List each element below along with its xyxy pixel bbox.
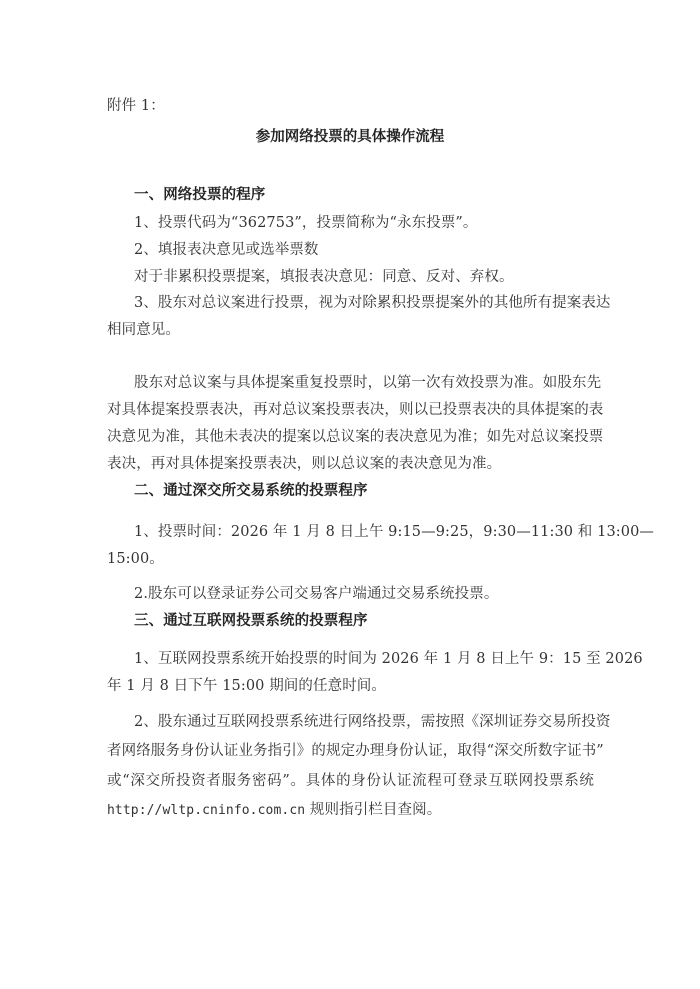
paragraph-line: 15:00。	[107, 550, 594, 568]
paragraph-line: 3、股东对总议案进行投票，视为对除累积投票提案外的其他所有提案表达	[134, 294, 594, 312]
paragraph-line: 2、股东通过互联网投票系统进行网络投票，需按照《深圳证券交易所投资	[134, 713, 594, 731]
document-title: 参加网络投票的具体操作流程	[0, 128, 700, 146]
url-suffix-text: 规则指引栏目查阅。	[310, 802, 441, 818]
paragraph-line: 者网络服务身份认证业务指引》的规定办理身份认证，取得“深交所数字证书”	[107, 742, 594, 760]
paragraph-line: 对于非累积投票提案，填报表决意见：同意、反对、弃权。	[134, 268, 594, 286]
attachment-label: 附件 1：	[107, 97, 594, 115]
paragraph-line: 2、填报表决意见或选举票数	[134, 241, 594, 259]
paragraph-line: 1、互联网投票系统开始投票的时间为 2026 年 1 月 8 日上午 9：15 …	[134, 650, 594, 668]
paragraph-line: 1、投票代码为“362753”，投票简称为“永东投票”。	[134, 214, 594, 232]
paragraph-line: 年 1 月 8 日下午 15:00 期间的任意时间。	[107, 677, 594, 695]
document-page: 附件 1： 参加网络投票的具体操作流程 一、网络投票的程序 1、投票代码为“36…	[0, 0, 700, 989]
paragraph-line-url: http://wltp.cninfo.com.cn 规则指引栏目查阅。	[107, 801, 594, 820]
paragraph-line: 决意见为准，其他未表决的提案以总议案的表决意见为准；如先对总议案投票	[107, 428, 594, 446]
paragraph-line: 表决，再对具体提案投票表决，则以总议案的表决意见为准。	[107, 455, 594, 473]
paragraph-line: 或“深交所投资者服务密码”。具体的身份认证流程可登录互联网投票系统	[107, 772, 594, 790]
section-heading-2: 二、通过深交所交易系统的投票程序	[134, 482, 594, 500]
paragraph-line: 相同意见。	[107, 321, 594, 339]
paragraph-line: 股东对总议案与具体提案重复投票时，以第一次有效投票为准。如股东先	[134, 374, 594, 392]
section-heading-3: 三、通过互联网投票系统的投票程序	[134, 612, 594, 630]
section-heading-1: 一、网络投票的程序	[134, 186, 594, 204]
paragraph-line: 1、投票时间：2026 年 1 月 8 日上午 9:15—9:25，9:30—1…	[134, 523, 594, 541]
url-link[interactable]: http://wltp.cninfo.com.cn	[107, 803, 305, 818]
paragraph-line: 2.股东可以登录证券公司交易客户端通过交易系统投票。	[134, 585, 594, 603]
paragraph-line: 对具体提案投票表决，再对总议案投票表决，则以已投票表决的具体提案的表	[107, 401, 594, 419]
